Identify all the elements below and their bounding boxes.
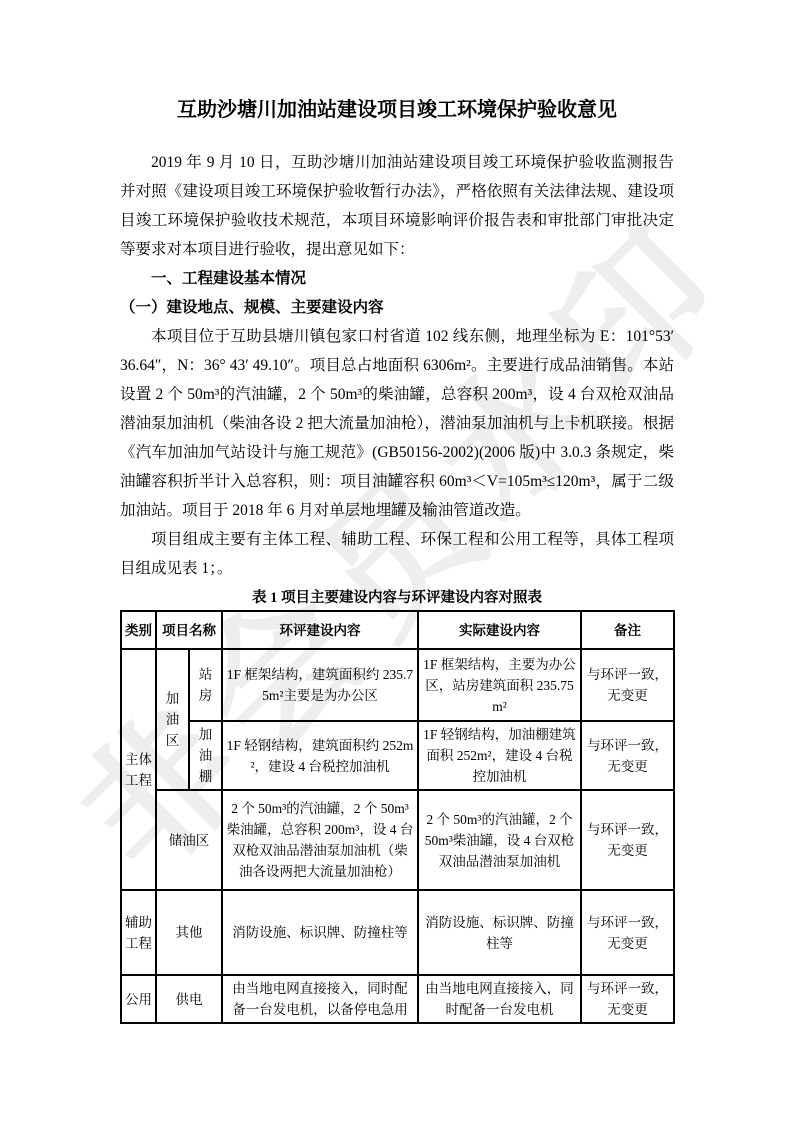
header-category: 类别 bbox=[121, 611, 156, 649]
header-project-name: 项目名称 bbox=[156, 611, 222, 649]
heading-subsection-1: （一）建设地点、规模、主要建设内容 bbox=[120, 293, 674, 322]
cell-name-station-house: 站房 bbox=[189, 649, 222, 721]
cell-remark-canopy: 与环评一致，无变更 bbox=[581, 721, 674, 790]
cell-group-fueling-area: 加油区 bbox=[156, 649, 189, 790]
table-row: 储油区 2 个 50m³的汽油罐，2 个 50m³柴油罐，总容积 200m³，设… bbox=[121, 790, 674, 890]
document-page: 非会员水印 互助沙塘川加油站建设项目竣工环境保护验收意见 2019 年 9 月 … bbox=[0, 0, 793, 1122]
paragraph-intro: 2019 年 9 月 10 日，互助沙塘川加油站建设项目竣工环境保护验收监测报告… bbox=[120, 148, 674, 264]
cell-actual-station-house: 1F 框架结构，主要为办公区，站房建筑面积 235.75m² bbox=[418, 649, 581, 721]
cell-category-main-works: 主体工程 bbox=[121, 649, 156, 890]
header-remark: 备注 bbox=[581, 611, 674, 649]
cell-remark-other: 与环评一致，无变更 bbox=[581, 890, 674, 975]
header-actual-content: 实际建设内容 bbox=[418, 611, 581, 649]
cell-eia-station-house: 1F 框架结构，建筑面积约 235.75m²主要是为办公区 bbox=[222, 649, 418, 721]
cell-actual-tank-area: 2 个 50m³的汽油罐，2 个 50m³柴油罐，设 4 台双枪双油品潜油泵加油… bbox=[418, 790, 581, 890]
cell-remark-tank-area: 与环评一致，无变更 bbox=[581, 790, 674, 890]
cell-name-other: 其他 bbox=[156, 890, 222, 975]
cell-eia-canopy: 1F 轻钢结构，建筑面积约 252m²，建设 4 台税控加油机 bbox=[222, 721, 418, 790]
cell-eia-power-supply: 由当地电网直接接入，同时配备一台发电机，以备停电急用 bbox=[222, 975, 418, 1023]
paragraph-location: 本项目位于互助县塘川镇包家口村省道 102 线东侧，地理坐标为 E：101°53… bbox=[120, 322, 674, 525]
table-row: 主体工程 加油区 站房 1F 框架结构，建筑面积约 235.75m²主要是为办公… bbox=[121, 649, 674, 721]
cell-category-public-works: 公用 bbox=[121, 975, 156, 1023]
table-row: 辅助工程 其他 消防设施、标识牌、防撞柱等 消防设施、标识牌、防撞柱等 与环评一… bbox=[121, 890, 674, 975]
cell-actual-power-supply: 由当地电网直接接入，同时配备一台发电机 bbox=[418, 975, 581, 1023]
cell-eia-tank-area: 2 个 50m³的汽油罐，2 个 50m³柴油罐，总容积 200m³，设 4 台… bbox=[222, 790, 418, 890]
cell-remark-power-supply: 与环评一致，无变更 bbox=[581, 975, 674, 1023]
cell-name-power-supply: 供电 bbox=[156, 975, 222, 1023]
cell-category-auxiliary-works: 辅助工程 bbox=[121, 890, 156, 975]
table-row: 公用 供电 由当地电网直接接入，同时配备一台发电机，以备停电急用 由当地电网直接… bbox=[121, 975, 674, 1023]
table-header-row: 类别 项目名称 环评建设内容 实际建设内容 备注 bbox=[121, 611, 674, 649]
page-title: 互助沙塘川加油站建设项目竣工环境保护验收意见 bbox=[120, 96, 674, 124]
table-caption: 表 1 项目主要建设内容与环评建设内容对照表 bbox=[120, 587, 674, 609]
header-eia-content: 环评建设内容 bbox=[222, 611, 418, 649]
cell-actual-other: 消防设施、标识牌、防撞柱等 bbox=[418, 890, 581, 975]
cell-name-canopy: 加油棚 bbox=[189, 721, 222, 790]
comparison-table: 类别 项目名称 环评建设内容 实际建设内容 备注 主体工程 加油区 站房 1F … bbox=[120, 610, 675, 1024]
paragraph-composition: 项目组成主要有主体工程、辅助工程、环保工程和公用工程等，具体工程项目组成见表 1… bbox=[120, 525, 674, 583]
heading-section-1: 一、工程建设基本情况 bbox=[120, 264, 674, 293]
cell-actual-canopy: 1F 轻钢结构，加油棚建筑面积 252m²，建设 4 台税控加油机 bbox=[418, 721, 581, 790]
cell-name-tank-area: 储油区 bbox=[156, 790, 222, 890]
document-content: 互助沙塘川加油站建设项目竣工环境保护验收意见 2019 年 9 月 10 日，互… bbox=[120, 96, 674, 1024]
table-row: 加油棚 1F 轻钢结构，建筑面积约 252m²，建设 4 台税控加油机 1F 轻… bbox=[121, 721, 674, 790]
cell-remark-station-house: 与环评一致，无变更 bbox=[581, 649, 674, 721]
cell-eia-other: 消防设施、标识牌、防撞柱等 bbox=[222, 890, 418, 975]
